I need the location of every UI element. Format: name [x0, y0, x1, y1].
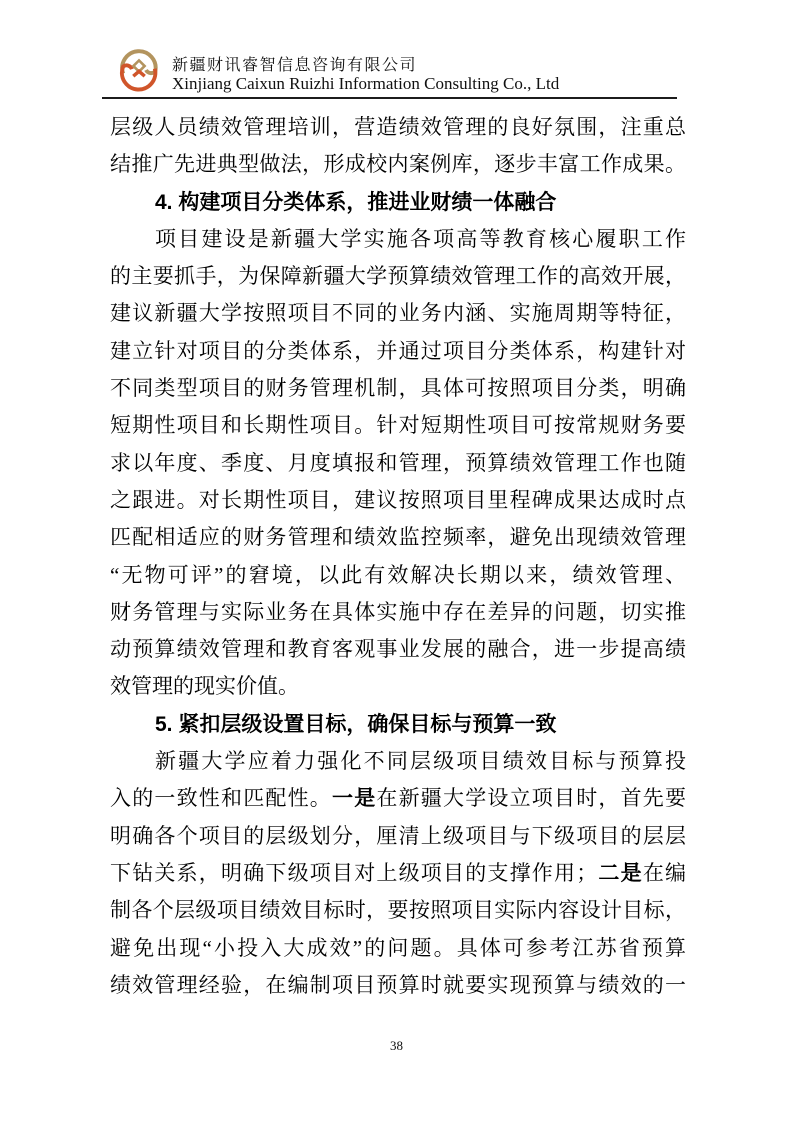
- text-segment: 结推广先进典型做法，形成校内案例库，逐步丰富工作成果。: [110, 152, 686, 176]
- text-segment: 绩效管理经验，在编制项目预算时就要实现预算与绩效的一: [110, 973, 686, 997]
- company-name-zh: 新疆财讯睿智信息咨询有限公司: [172, 52, 417, 75]
- text-line: 的主要抓手，为保障新疆大学预算绩效管理工作的高效开展，: [110, 258, 686, 295]
- text-line: 短期性项目和长期性项目。针对短期性项目可按常规财务要: [110, 407, 686, 444]
- text-line: 建立针对项目的分类体系，并通过项目分类体系，构建针对: [110, 333, 686, 370]
- text-segment: 新疆大学应着力强化不同层级项目绩效目标与预算投: [155, 749, 686, 773]
- text-segment: 下钻关系，明确下级项目对上级项目的支撑作用；: [110, 861, 597, 885]
- text-line: 下钻关系，明确下级项目对上级项目的支撑作用；二是在编: [110, 855, 686, 892]
- section-heading: 4. 构建项目分类体系，推进业财绩一体融合: [110, 184, 686, 221]
- text-segment: 的主要抓手，为保障新疆大学预算绩效管理工作的高效开展，: [110, 264, 686, 288]
- text-segment: 项目建设是新疆大学实施各项高等教育核心履职工作: [155, 227, 686, 251]
- text-segment: 建议新疆大学按照项目不同的业务内涵、实施周期等特征，: [110, 301, 686, 325]
- text-line: 层级人员绩效管理培训，营造绩效管理的良好氛围，注重总: [110, 109, 686, 146]
- text-segment: 财务管理与实际业务在具体实施中存在差异的问题，切实推: [110, 600, 686, 624]
- section-heading: 5. 紧扣层级设置目标，确保目标与预算一致: [110, 706, 686, 743]
- text-line: 不同类型项目的财务管理机制，具体可按照项目分类，明确: [110, 370, 686, 407]
- text-line: 绩效管理经验，在编制项目预算时就要实现预算与绩效的一: [110, 967, 686, 1004]
- text-segment: 动预算绩效管理和教育客观事业发展的融合，进一步提高绩: [110, 637, 686, 661]
- document-body: 层级人员绩效管理培训，营造绩效管理的良好氛围，注重总结推广先进典型做法，形成校内…: [110, 109, 686, 1004]
- text-line: 建议新疆大学按照项目不同的业务内涵、实施周期等特征，: [110, 295, 686, 332]
- text-segment: 短期性项目和长期性项目。针对短期性项目可按常规财务要: [110, 413, 686, 437]
- text-line: 效管理的现实价值。: [110, 668, 686, 705]
- text-line: 避免出现“小投入大成效”的问题。具体可参考江苏省预算: [110, 930, 686, 967]
- text-line: 求以年度、季度、月度填报和管理，预算绩效管理工作也随: [110, 445, 686, 482]
- text-segment: 在新疆大学设立项目时，首先要: [376, 786, 686, 810]
- text-segment: 效管理的现实价值。: [110, 674, 299, 698]
- text-segment: 明确各个项目的层级划分，厘清上级项目与下级项目的层层: [110, 824, 686, 848]
- text-segment: 匹配相适应的财务管理和绩效监控频率，避免出现绩效管理: [110, 525, 686, 549]
- text-line: 项目建设是新疆大学实施各项高等教育核心履职工作: [110, 221, 686, 258]
- text-line: 结推广先进典型做法，形成校内案例库，逐步丰富工作成果。: [110, 146, 686, 183]
- text-segment: 入的一致性和匹配性。: [110, 786, 332, 810]
- document-page: 新疆财讯睿智信息咨询有限公司 Xinjiang Caixun Ruizhi In…: [0, 0, 793, 1122]
- text-segment: 求以年度、季度、月度填报和管理，预算绩效管理工作也随: [110, 451, 686, 475]
- bold-text-segment: 二是: [597, 862, 643, 885]
- bold-text-segment: 5. 紧扣层级设置目标，确保目标与预算一致: [155, 713, 556, 736]
- header-divider: [102, 97, 677, 99]
- text-segment: 建立针对项目的分类体系，并通过项目分类体系，构建针对: [110, 339, 686, 363]
- text-line: 入的一致性和匹配性。一是在新疆大学设立项目时，首先要: [110, 780, 686, 817]
- text-segment: 之跟进。对长期性项目，建议按照项目里程碑成果达成时点: [110, 488, 686, 512]
- text-line: 财务管理与实际业务在具体实施中存在差异的问题，切实推: [110, 594, 686, 631]
- page-footer: 38: [0, 1038, 793, 1054]
- company-name-en: Xinjiang Caixun Ruizhi Information Consu…: [172, 74, 559, 94]
- text-line: 制各个层级项目绩效目标时，要按照项目实际内容设计目标，: [110, 892, 686, 929]
- bold-text-segment: 4. 构建项目分类体系，推进业财绩一体融合: [155, 191, 556, 214]
- page-number: 38: [390, 1038, 403, 1053]
- text-segment: 制各个层级项目绩效目标时，要按照项目实际内容设计目标，: [110, 898, 686, 922]
- text-line: 明确各个项目的层级划分，厘清上级项目与下级项目的层层: [110, 818, 686, 855]
- bold-text-segment: 一是: [332, 787, 376, 810]
- text-line: 匹配相适应的财务管理和绩效监控频率，避免出现绩效管理: [110, 519, 686, 556]
- text-segment: 层级人员绩效管理培训，营造绩效管理的良好氛围，注重总: [110, 115, 686, 139]
- text-line: “无物可评”的窘境，以此有效解决长期以来，绩效管理、: [110, 557, 686, 594]
- text-segment: 避免出现“小投入大成效”的问题。具体可参考江苏省预算: [110, 936, 686, 960]
- text-segment: 在编: [643, 861, 686, 885]
- text-line: 之跟进。对长期性项目，建议按照项目里程碑成果达成时点: [110, 482, 686, 519]
- text-segment: “无物可评”的窘境，以此有效解决长期以来，绩效管理、: [110, 563, 686, 587]
- page-header: 新疆财讯睿智信息咨询有限公司 Xinjiang Caixun Ruizhi In…: [0, 0, 793, 100]
- text-line: 新疆大学应着力强化不同层级项目绩效目标与预算投: [110, 743, 686, 780]
- text-segment: 不同类型项目的财务管理机制，具体可按照项目分类，明确: [110, 376, 686, 400]
- company-logo-icon: [117, 47, 161, 93]
- text-line: 动预算绩效管理和教育客观事业发展的融合，进一步提高绩: [110, 631, 686, 668]
